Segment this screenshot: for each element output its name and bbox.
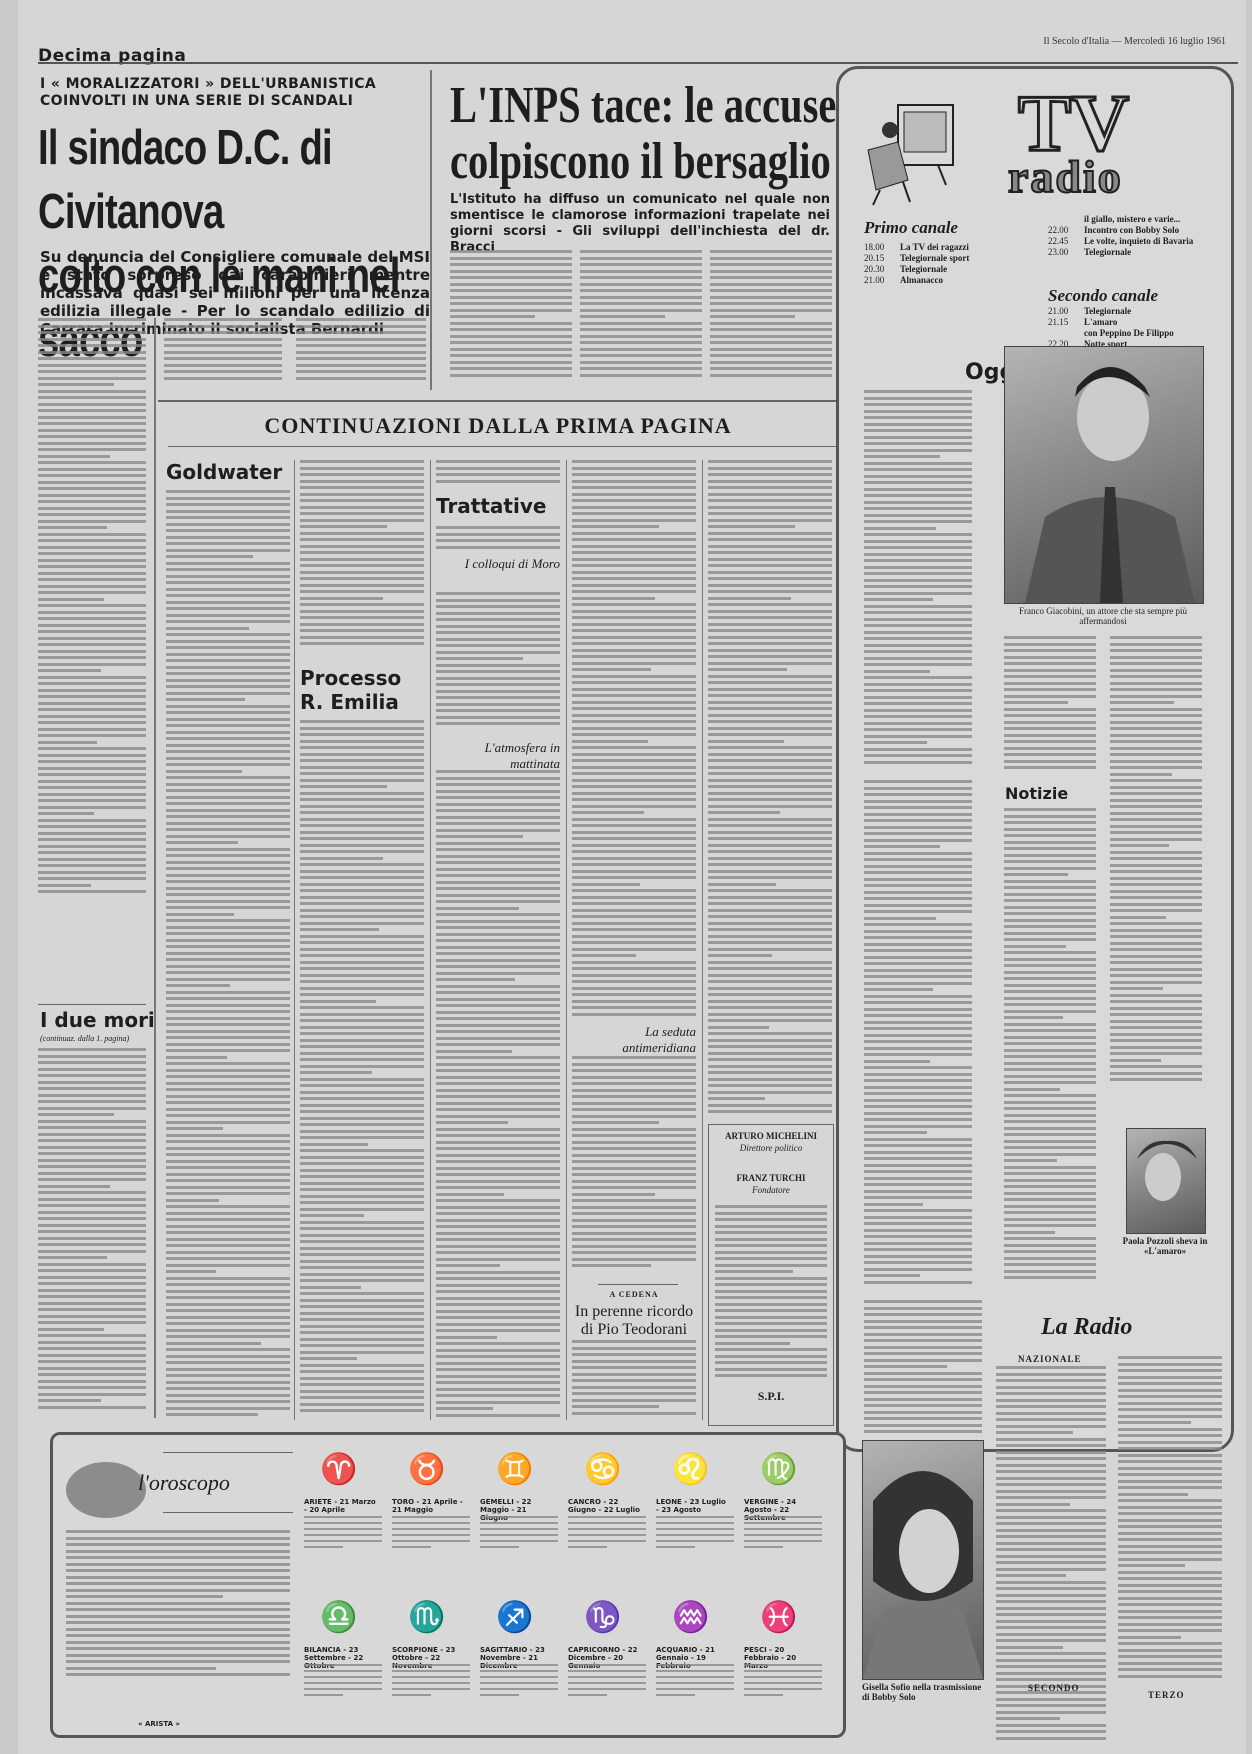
text-line <box>708 902 832 905</box>
divider <box>598 1284 678 1285</box>
text-line <box>38 338 146 341</box>
text-line <box>300 1013 424 1016</box>
text-line <box>572 909 696 912</box>
text-line <box>708 649 832 652</box>
text-line <box>572 1102 696 1105</box>
text-line <box>392 1688 470 1690</box>
text-line <box>864 1398 982 1401</box>
text-line <box>708 798 832 801</box>
text-line <box>38 1126 146 1129</box>
schedule-time: 20.15 <box>864 253 894 264</box>
text-line <box>300 493 424 496</box>
text-line <box>1004 1153 1096 1156</box>
text-line <box>708 597 791 600</box>
text-line <box>38 637 146 640</box>
text-line <box>572 1089 696 1092</box>
text-line <box>1004 906 1096 909</box>
text-line <box>864 624 972 627</box>
text-line <box>1004 886 1096 889</box>
text-line <box>572 1128 696 1131</box>
text-line <box>300 1260 424 1263</box>
text-line <box>864 1274 920 1277</box>
text-line <box>300 759 424 762</box>
text-line <box>1110 734 1202 737</box>
text-line <box>864 1014 972 1017</box>
zodiac-entry: LEONE - 23 Luglio - 23 Agosto <box>656 1498 728 1514</box>
text-line <box>300 1097 424 1100</box>
text-line <box>744 1682 822 1684</box>
text-line <box>436 868 560 871</box>
text-line <box>166 815 290 818</box>
text-line <box>38 1048 146 1051</box>
text-line <box>166 562 290 565</box>
text-line <box>1118 1623 1222 1626</box>
text-line <box>38 611 146 614</box>
text-line <box>38 1100 146 1103</box>
text-line <box>38 1081 146 1084</box>
text-line <box>744 1528 822 1530</box>
text-line <box>864 793 972 796</box>
text-line <box>1118 1571 1222 1574</box>
text-line <box>708 1045 832 1048</box>
text-line <box>38 448 146 451</box>
text-line <box>864 553 972 556</box>
zodiac-text <box>656 1664 734 1706</box>
text-line <box>38 1393 146 1396</box>
text-line <box>436 907 519 910</box>
text-line <box>996 1366 1106 1369</box>
text-line <box>708 1091 832 1094</box>
text-line <box>300 1091 424 1094</box>
text-line <box>436 1381 560 1384</box>
text-line <box>66 1543 290 1546</box>
text-line <box>1004 828 1096 831</box>
text-line <box>708 1110 832 1113</box>
text-line <box>436 1316 560 1319</box>
text-line <box>166 1004 290 1007</box>
text-line <box>864 1326 982 1329</box>
text-line <box>864 1411 982 1414</box>
text-line <box>1118 1603 1222 1606</box>
text-line <box>38 1074 146 1077</box>
text-line <box>436 1414 560 1417</box>
text-line <box>436 842 560 845</box>
text-line <box>300 1351 424 1354</box>
text-line <box>300 551 424 554</box>
text-line <box>864 1307 982 1310</box>
text-line <box>300 915 424 918</box>
text-line <box>300 486 424 489</box>
text-line <box>38 1217 146 1220</box>
text-line <box>572 460 696 463</box>
text-line <box>436 526 560 529</box>
text-line <box>38 1107 146 1110</box>
text-line <box>1110 1065 1202 1068</box>
text-line <box>708 850 832 853</box>
text-line <box>1004 1016 1063 1019</box>
text-line <box>38 845 146 848</box>
text-line <box>436 861 560 864</box>
text-line <box>166 1062 290 1065</box>
text-line <box>708 759 832 762</box>
text-line <box>166 841 238 844</box>
text-line <box>1110 792 1202 795</box>
text-line <box>710 250 832 253</box>
text-line <box>436 809 560 812</box>
text-line <box>996 1594 1106 1597</box>
text-line <box>572 590 696 593</box>
schedule-time: 23.00 <box>1048 247 1078 258</box>
text-line <box>300 733 424 736</box>
text-line <box>864 930 972 933</box>
text-line <box>568 1694 607 1696</box>
text-line <box>1004 1042 1096 1045</box>
text-line <box>864 423 972 426</box>
text-line <box>38 799 146 802</box>
text-line <box>864 455 940 458</box>
text-line <box>572 616 696 619</box>
text-line <box>300 571 424 574</box>
text-line <box>1004 971 1096 974</box>
text-line <box>300 525 387 528</box>
text-line <box>715 1277 827 1280</box>
schedule-time: 21.00 <box>1048 306 1078 317</box>
text-line <box>300 1286 361 1289</box>
text-line <box>1004 997 1096 1000</box>
text-line <box>1118 1447 1222 1450</box>
text-line <box>300 1299 424 1302</box>
text-line <box>38 1120 146 1123</box>
text-line <box>480 1670 558 1672</box>
text-line <box>572 558 696 561</box>
text-line <box>38 1406 146 1409</box>
text-line <box>38 689 146 692</box>
photo-gisella-sofio <box>862 1440 984 1680</box>
zodiac-acquario-icon: ♒ <box>670 1596 712 1638</box>
text-line <box>166 1387 290 1390</box>
text-line <box>580 328 702 331</box>
text-line <box>436 722 560 725</box>
text-line <box>300 1019 424 1022</box>
text-line <box>436 1264 500 1267</box>
text-line <box>436 1388 560 1391</box>
text-line <box>1118 1519 1222 1522</box>
text-line <box>864 1404 982 1407</box>
text-line <box>710 309 832 312</box>
text-line <box>864 1112 972 1115</box>
text-line <box>1110 643 1202 646</box>
cedena-title-1: In perenne ricordo <box>572 1303 696 1321</box>
text-line <box>300 1149 424 1152</box>
text-line <box>436 933 560 936</box>
text-line <box>580 302 702 305</box>
text-line <box>1110 844 1169 847</box>
text-line <box>580 283 702 286</box>
text-line <box>864 1281 972 1284</box>
text-line <box>166 1199 219 1202</box>
text-line <box>166 1101 290 1104</box>
text-line <box>572 1379 696 1382</box>
text-line <box>996 1704 1106 1707</box>
text-line <box>300 1143 368 1146</box>
text-line <box>1118 1493 1188 1496</box>
text-line <box>38 734 146 737</box>
text-line <box>436 1011 560 1014</box>
text-line <box>166 1147 290 1150</box>
body-text-column <box>300 460 424 650</box>
text-line <box>715 1218 827 1221</box>
tv-text-column <box>864 1300 982 1440</box>
text-line <box>864 1216 972 1219</box>
text-line <box>166 497 290 500</box>
text-line <box>1110 838 1202 841</box>
text-line <box>166 1069 290 1072</box>
text-line <box>572 805 696 808</box>
text-line <box>1110 896 1202 899</box>
text-line <box>166 1361 290 1364</box>
text-line <box>572 1082 696 1085</box>
text-line <box>300 1383 424 1386</box>
text-line <box>436 1290 560 1293</box>
text-line <box>864 1190 972 1193</box>
text-line <box>166 1316 290 1319</box>
tv-text-column <box>864 780 972 1290</box>
text-line <box>166 711 290 714</box>
text-line <box>1004 1192 1096 1195</box>
text-line <box>864 1170 972 1173</box>
text-line <box>656 1540 734 1542</box>
text-line <box>38 741 97 744</box>
text-line <box>300 785 387 788</box>
text-line <box>300 1136 424 1139</box>
text-line <box>580 354 702 357</box>
text-line <box>38 552 146 555</box>
text-line <box>708 915 832 918</box>
text-line <box>38 357 146 360</box>
text-line <box>708 584 832 587</box>
text-line <box>436 1329 560 1332</box>
schedule-row: 21.00Telegiornale <box>1048 306 1218 317</box>
text-line <box>710 335 832 338</box>
text-line <box>450 296 572 299</box>
text-line <box>996 1711 1106 1714</box>
text-line <box>436 631 560 634</box>
text-line <box>300 1377 424 1380</box>
text-line <box>864 897 972 900</box>
secondo-canale-title: Secondo canale <box>1048 286 1158 306</box>
text-line <box>708 1039 832 1042</box>
text-line <box>166 932 290 935</box>
text-line <box>166 1030 290 1033</box>
text-line <box>166 926 290 929</box>
horoscope-footer: « ARISTA » <box>138 1720 180 1728</box>
text-line <box>572 1173 696 1176</box>
text-line <box>708 506 832 509</box>
text-line <box>1004 688 1096 691</box>
text-line <box>568 1682 646 1684</box>
text-line <box>864 1079 972 1082</box>
text-line <box>166 1348 290 1351</box>
text-line <box>572 980 696 983</box>
text-line <box>1004 1198 1096 1201</box>
text-line <box>572 512 696 515</box>
text-line <box>38 403 146 406</box>
text-line <box>572 772 696 775</box>
text-line <box>572 935 696 938</box>
zodiac-entry: CANCRO - 22 Giugno - 22 Luglio <box>568 1498 640 1514</box>
text-line <box>996 1425 1106 1428</box>
text-line <box>572 779 696 782</box>
text-line <box>38 773 146 776</box>
text-line <box>572 837 696 840</box>
text-line <box>166 1192 290 1195</box>
text-line <box>572 792 696 795</box>
text-line <box>1110 1033 1202 1036</box>
text-line <box>572 1006 696 1009</box>
tv-text-column <box>1110 636 1202 1086</box>
text-line <box>1004 821 1096 824</box>
text-line <box>656 1516 734 1518</box>
text-line <box>708 1013 832 1016</box>
text-line <box>436 657 523 660</box>
text-line <box>1110 799 1202 802</box>
text-line <box>38 1185 110 1188</box>
text-line <box>166 692 290 695</box>
text-line <box>1004 938 1096 941</box>
text-line <box>166 1368 290 1371</box>
text-line <box>572 701 696 704</box>
zodiac-toro-icon: ♉ <box>406 1448 448 1490</box>
text-line <box>300 1403 424 1406</box>
text-line <box>1118 1662 1222 1665</box>
text-line <box>166 783 290 786</box>
text-line <box>304 1534 382 1536</box>
text-line <box>572 519 696 522</box>
text-line <box>300 1065 424 1068</box>
text-line <box>996 1587 1106 1590</box>
text-line <box>572 538 696 541</box>
text-line <box>392 1528 470 1530</box>
text-line <box>710 354 832 357</box>
text-line <box>436 855 560 858</box>
inps-headline: L'INPS tace: le accuse colpiscono il ber… <box>450 78 856 190</box>
text-line <box>300 1247 424 1250</box>
text-line <box>864 410 972 413</box>
text-line <box>715 1355 827 1358</box>
text-line <box>1004 734 1096 737</box>
text-line <box>572 857 696 860</box>
text-line <box>1004 1166 1096 1169</box>
text-line <box>996 1672 1106 1675</box>
text-line <box>708 876 832 879</box>
text-line <box>572 642 696 645</box>
text-line <box>864 1034 972 1037</box>
schedule-row: 22.00Incontro con Bobby Solo <box>1048 225 1218 236</box>
text-line <box>166 1257 290 1260</box>
text-line <box>572 1063 696 1066</box>
text-line <box>568 1676 646 1678</box>
text-line <box>1110 987 1163 990</box>
text-line <box>38 364 146 367</box>
text-line <box>708 1071 832 1074</box>
text-line <box>296 377 426 380</box>
text-line <box>38 819 146 822</box>
text-line <box>166 971 290 974</box>
text-line <box>864 507 972 510</box>
text-line <box>864 923 972 926</box>
text-line <box>166 822 290 825</box>
text-line <box>1110 851 1202 854</box>
text-line <box>1004 682 1096 685</box>
text-line <box>436 1173 560 1176</box>
text-line <box>1004 1172 1096 1175</box>
text-line <box>572 577 696 580</box>
text-line <box>864 806 972 809</box>
text-line <box>166 705 290 708</box>
text-line <box>572 668 651 671</box>
text-line <box>392 1682 470 1684</box>
schedule-time <box>1048 214 1078 225</box>
text-line <box>300 512 424 515</box>
text-line <box>1118 1538 1222 1541</box>
text-line <box>572 473 696 476</box>
text-line <box>864 598 933 601</box>
divider <box>163 1452 293 1453</box>
text-line <box>864 917 936 920</box>
text-line <box>66 1530 290 1533</box>
text-line <box>864 663 972 666</box>
text-line <box>744 1540 822 1542</box>
text-line <box>708 564 832 567</box>
text-line <box>166 659 290 662</box>
text-line <box>864 995 972 998</box>
text-line <box>166 490 290 493</box>
text-line <box>300 545 424 548</box>
text-line <box>38 565 146 568</box>
zodiac-text <box>744 1516 822 1558</box>
radio-section-secondo: SECONDO <box>1028 1683 1080 1693</box>
text-line <box>1004 1010 1096 1013</box>
text-line <box>296 370 426 373</box>
text-line <box>1110 786 1202 789</box>
zodiac-text <box>744 1664 822 1706</box>
text-line <box>572 785 696 788</box>
text-line <box>300 993 424 996</box>
text-line <box>300 1045 424 1048</box>
text-line <box>436 605 560 608</box>
text-line <box>300 831 424 834</box>
text-line <box>436 1095 560 1098</box>
text-line <box>864 429 972 432</box>
text-line <box>436 1193 504 1196</box>
text-line <box>580 335 702 338</box>
text-line <box>166 965 290 968</box>
text-line <box>304 1516 382 1518</box>
text-line <box>450 302 572 305</box>
text-line <box>572 928 696 931</box>
text-line <box>450 335 572 338</box>
text-line <box>1004 1231 1055 1234</box>
oggi-text <box>864 390 972 770</box>
text-line <box>1118 1356 1222 1359</box>
text-line <box>450 367 572 370</box>
cedena-notice: A CEDENA In perenne ricordo di Pio Teodo… <box>572 1290 696 1339</box>
text-line <box>166 1160 290 1163</box>
text-line <box>480 1528 558 1530</box>
text-line <box>166 568 290 571</box>
text-line <box>1118 1402 1222 1405</box>
text-line <box>436 1167 560 1170</box>
